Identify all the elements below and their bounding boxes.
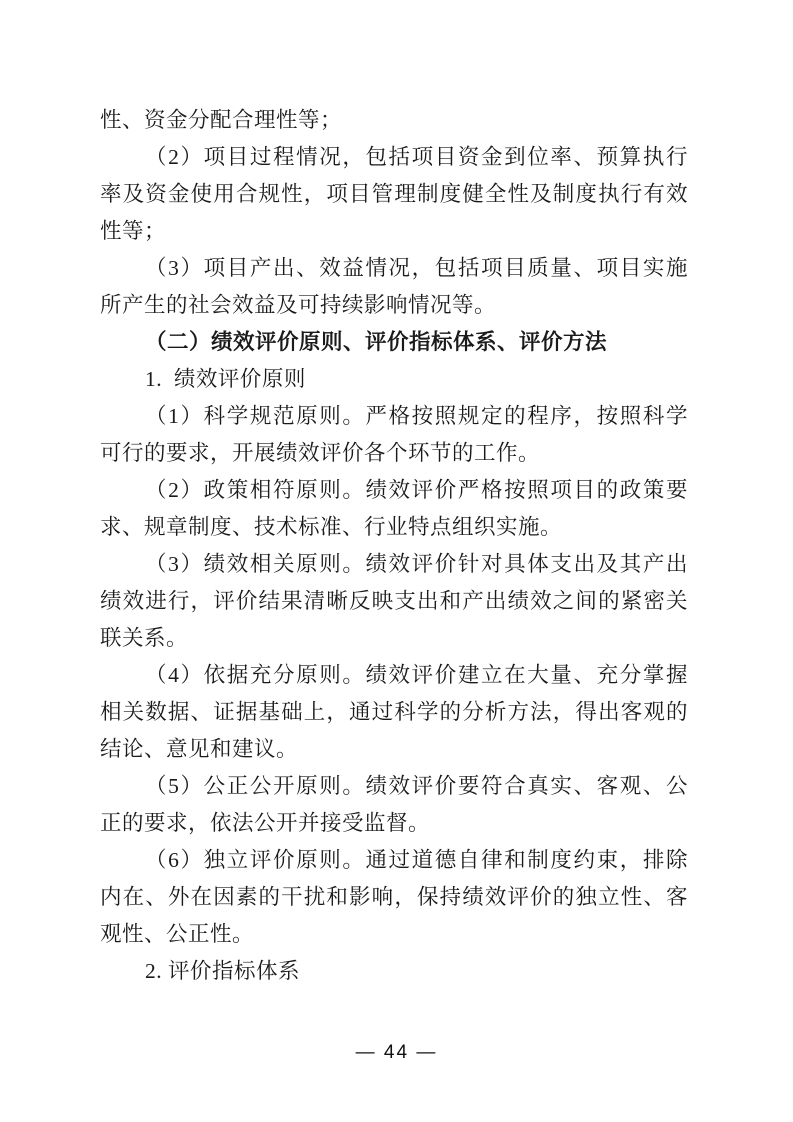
text-line: 相关数据、证据基础上，通过科学的分析方法，得出客观的	[100, 694, 688, 731]
text-line: 1. 绩效评价原则	[100, 361, 688, 398]
text-line: 求、规章制度、技术标准、行业特点组织实施。	[100, 509, 688, 546]
text-line: 2. 评价指标体系	[100, 953, 688, 990]
text-line: （6）独立评价原则。通过道德自律和制度约束，排除	[100, 842, 688, 879]
text-line: 绩效进行，评价结果清晰反映支出和产出绩效之间的紧密关	[100, 583, 688, 620]
text-line: （二）绩效评价原则、评价指标体系、评价方法	[100, 324, 688, 361]
text-line: （2）政策相符原则。绩效评价严格按照项目的政策要	[100, 472, 688, 509]
text-line: 内在、外在因素的干扰和影响，保持绩效评价的独立性、客	[100, 879, 688, 916]
text-line: 率及资金使用合规性，项目管理制度健全性及制度执行有效	[100, 176, 688, 213]
text-line: 联关系。	[100, 620, 688, 657]
page-number: — 44 —	[0, 1042, 793, 1064]
text-line: 可行的要求，开展绩效评价各个环节的工作。	[100, 435, 688, 472]
document-body: 性、资金分配合理性等；（2）项目过程情况，包括项目资金到位率、预算执行率及资金使…	[100, 102, 688, 990]
text-line: （3）绩效相关原则。绩效评价针对具体支出及其产出	[100, 546, 688, 583]
text-line: 性等；	[100, 213, 688, 250]
text-line: 所产生的社会效益及可持续影响情况等。	[100, 287, 688, 324]
text-line: （2）项目过程情况，包括项目资金到位率、预算执行	[100, 139, 688, 176]
text-line: 结论、意见和建议。	[100, 731, 688, 768]
text-line: （5）公正公开原则。绩效评价要符合真实、客观、公	[100, 768, 688, 805]
text-line: 性、资金分配合理性等；	[100, 102, 688, 139]
document-page: 性、资金分配合理性等；（2）项目过程情况，包括项目资金到位率、预算执行率及资金使…	[0, 0, 793, 1122]
text-line: （1）科学规范原则。严格按照规定的程序，按照科学	[100, 398, 688, 435]
text-line: 观性、公正性。	[100, 916, 688, 953]
text-line: （3）项目产出、效益情况，包括项目质量、项目实施	[100, 250, 688, 287]
text-line: 正的要求，依法公开并接受监督。	[100, 805, 688, 842]
text-line: （4）依据充分原则。绩效评价建立在大量、充分掌握	[100, 657, 688, 694]
